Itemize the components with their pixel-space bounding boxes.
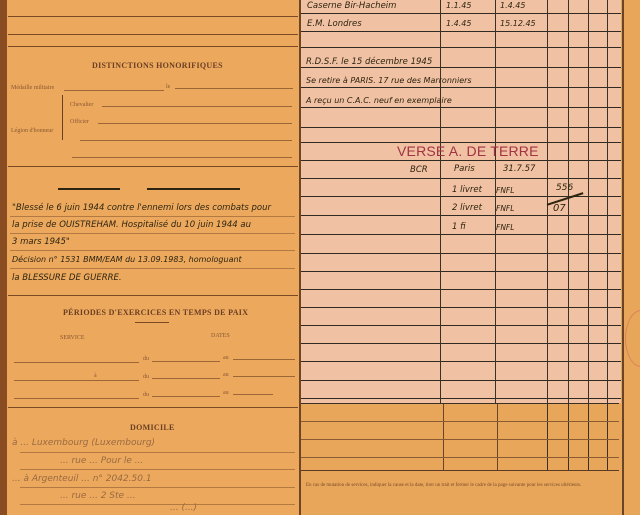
grid-row-line: [301, 47, 621, 48]
rule: [10, 268, 295, 269]
service-unit: E.M. Londres: [307, 19, 362, 29]
grid-col-line: [497, 403, 498, 470]
underline: [135, 322, 169, 323]
domicile-line: à ... Luxembourg (Luxembourg): [12, 438, 155, 448]
rule: [233, 359, 295, 360]
service-col-header: SERVICE: [60, 335, 85, 341]
rule: [10, 216, 295, 217]
note-line: R.D.S.F. le 15 décembre 1945: [306, 57, 432, 67]
service-to: 15.12.45: [500, 19, 536, 28]
domicile-line: ... à Argenteuil ... n° 2042.50.1: [12, 474, 152, 484]
wound-note-line: la prise de OUISTREHAM. Hospitalisé du 1…: [12, 220, 251, 230]
item-qty: 1 livret: [452, 185, 482, 195]
rule: [152, 396, 220, 397]
du-label: du: [143, 374, 149, 380]
grid-row-line: [301, 439, 619, 440]
grid-col-line: [588, 0, 589, 470]
struck-heading: [147, 183, 240, 190]
periodes-title: PÉRIODES D'EXERCICES EN TEMPS DE PAIX: [63, 308, 248, 317]
au-label: au: [223, 355, 229, 361]
wound-note-line: 3 mars 1945": [12, 237, 70, 247]
grid-row-line: [301, 67, 621, 68]
dates-col-header: DATES: [211, 333, 230, 339]
note-line: Se retire à PARIS. 17 rue des Marronnier…: [306, 76, 472, 85]
item-ref: FNFL: [496, 186, 514, 195]
item-qty: 2 livret: [452, 203, 482, 213]
grid-row-line: [301, 470, 619, 471]
legion-label: Légion d'honneur: [11, 128, 53, 134]
stamp-left: VERSE: [397, 143, 445, 159]
item-ref: FNFL: [496, 204, 514, 213]
grid-row-line: [301, 343, 621, 344]
item-qty: 1 fi: [452, 222, 466, 232]
grid-row-line: [301, 403, 619, 404]
rule: [80, 140, 292, 141]
officier-label: Officier: [70, 119, 89, 125]
grid-col-line: [440, 0, 441, 403]
domicile-title: DOMICILE: [130, 423, 175, 432]
grid-row-line: [301, 31, 621, 32]
decision-line: Décision n° 1531 BMM/EAM du 13.09.1983, …: [12, 255, 242, 264]
grid-row-line: [301, 87, 621, 88]
binding-edge: [0, 0, 7, 515]
grid-row-line: [301, 234, 621, 235]
grid-col-line: [443, 403, 444, 470]
du-label: du: [143, 356, 149, 362]
du-label: du: [143, 392, 149, 398]
rule: [233, 394, 273, 395]
rule: [72, 157, 292, 158]
service-a: à: [94, 373, 97, 379]
rule: [20, 487, 295, 488]
card-edge: [622, 0, 624, 515]
rule: [152, 378, 220, 379]
section-divider: [8, 407, 298, 408]
rule: [10, 233, 295, 234]
chevalier-label: Chevalier: [70, 102, 93, 108]
medaille-line: [64, 90, 164, 91]
rule: [14, 362, 139, 363]
service-from: 1.4.45: [446, 19, 471, 28]
rule: [20, 452, 295, 453]
grid-row-line: [301, 307, 621, 308]
chevalier-line: [102, 106, 292, 107]
service-from: 1.1.45: [446, 1, 471, 10]
rule: [8, 16, 298, 17]
grid-row-line: [301, 457, 619, 458]
domicile-line: ... rue ... 2 Ste ...: [60, 491, 136, 501]
service-to: 1.4.45: [500, 1, 525, 10]
bracket: [62, 95, 66, 140]
rule: [233, 376, 295, 377]
medaille-label: Médaille militaire: [11, 85, 54, 91]
grid-row-line: [301, 398, 621, 399]
transfer-date: 31.7.57: [503, 164, 535, 174]
wound-note-line: "Blessé le 6 juin 1944 contre l'ennemi l…: [12, 203, 271, 213]
grid-col-line: [495, 0, 496, 403]
rule: [8, 46, 298, 47]
grid-row-line: [301, 380, 621, 381]
section-divider: [8, 166, 298, 167]
grid-row-line: [301, 361, 621, 362]
verse-stamp: VERSE A. DE TERRE: [397, 143, 539, 159]
au-label: au: [223, 390, 229, 396]
decision-line: la BLESSURE DE GUERRE.: [12, 273, 122, 283]
officier-line: [98, 123, 292, 124]
grid-row-line: [301, 178, 621, 179]
rule: [20, 469, 295, 470]
au-label: au: [223, 372, 229, 378]
stamp-right: A. DE TERRE: [449, 143, 539, 159]
grid-row-line: [301, 107, 621, 108]
grid-row-line: [301, 127, 621, 128]
scanned-record-page: DISTINCTIONS HONORIFIQUES Médaille milit…: [0, 0, 640, 515]
rule: [152, 361, 220, 362]
grid-row-line: [301, 325, 621, 326]
footer-instruction: En cas de mutation de services, indiquer…: [306, 482, 618, 489]
grid-row-line: [301, 253, 621, 254]
rule: [14, 380, 139, 381]
grid-col-line: [607, 0, 608, 470]
le-line: [175, 88, 293, 89]
note-line: A reçu un C.A.C. neuf en exemplaire: [306, 96, 452, 105]
grid-col-line: [568, 0, 569, 470]
transfer-unit: BCR: [410, 165, 428, 175]
struck-heading: [58, 183, 120, 190]
transfer-place: Paris: [454, 164, 475, 174]
grid-row-line: [301, 271, 621, 272]
domicile-line: ... rue ... Pour le ...: [60, 456, 143, 466]
le-label: le: [166, 84, 170, 90]
grid-row-line: [301, 421, 619, 422]
section-divider: [8, 295, 298, 296]
rule: [20, 504, 295, 505]
grid-row-line: [301, 215, 621, 216]
grid-col-line: [547, 0, 548, 470]
grid-row-line: [301, 160, 621, 161]
rule: [14, 398, 139, 399]
grid-row-line: [301, 13, 621, 14]
rule: [8, 34, 298, 35]
fraction-denominator: 07: [553, 203, 566, 214]
service-unit: Caserne Bir-Hacheim: [307, 1, 396, 11]
distinctions-title: DISTINCTIONS HONORIFIQUES: [92, 61, 223, 70]
rule: [10, 250, 295, 251]
domicile-line: ... (...): [170, 503, 197, 513]
item-ref: FNFL: [496, 223, 514, 232]
fraction-numerator: 556: [556, 183, 573, 193]
grid-row-line: [301, 289, 621, 290]
